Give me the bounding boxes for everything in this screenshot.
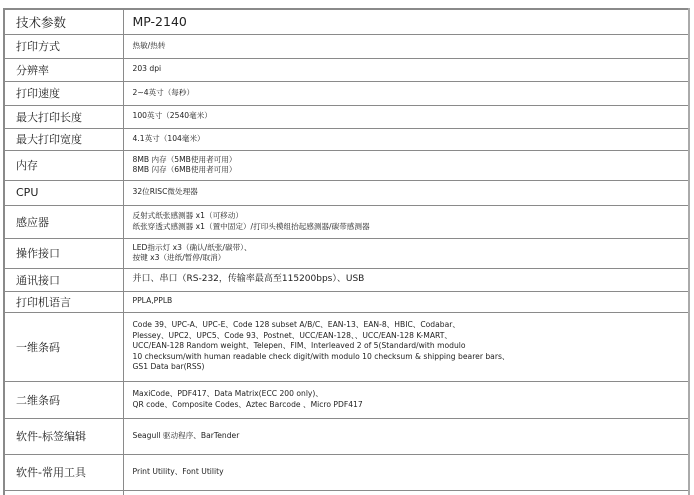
table-row: 软件-标签编辑Seagull 驱动程序、BarTender bbox=[4, 418, 689, 454]
row-value bbox=[123, 490, 689, 495]
row-value: 热敏/热转 bbox=[123, 34, 689, 58]
row-value: 32位RISC微处理器 bbox=[123, 180, 689, 205]
row-value-line: Print Utility、Font Utility bbox=[133, 467, 689, 478]
row-value-line: 热敏/热转 bbox=[133, 41, 689, 52]
spec-table: 技术参数 MP-2140 打印方式热敏/热转分辨率203 dpi打印速度2~4英… bbox=[3, 8, 690, 495]
header-label: 技术参数 bbox=[4, 9, 123, 34]
row-value: 2~4英寸（每秒） bbox=[123, 81, 689, 105]
row-value: Print Utility、Font Utility bbox=[123, 454, 689, 490]
row-value-line: 按键 x3（进纸/暂停/取消） bbox=[133, 253, 689, 264]
row-value-line: 32位RISC微处理器 bbox=[133, 187, 689, 198]
row-value-line: 4.1英寸（104毫米） bbox=[133, 134, 689, 145]
table-row: 操作接口LED指示灯 x3（确认/纸张/碳带）、按键 x3（进纸/暂停/取消） bbox=[4, 238, 689, 268]
row-label: 内存 bbox=[4, 150, 123, 180]
row-value-line: 8MB 内存（5MB使用者可用） bbox=[133, 155, 689, 166]
row-label: 感应器 bbox=[4, 205, 123, 238]
table-row: 分辨率203 dpi bbox=[4, 58, 689, 81]
row-value-line: 8MB 闪存（6MB使用者可用） bbox=[133, 165, 689, 176]
row-label: 打印机语言 bbox=[4, 291, 123, 312]
row-value: 203 dpi bbox=[123, 58, 689, 81]
row-label: 分辨率 bbox=[4, 58, 123, 81]
row-value-line: LED指示灯 x3（确认/纸张/碳带）、 bbox=[133, 243, 689, 254]
table-row: CPU32位RISC微处理器 bbox=[4, 180, 689, 205]
row-value: LED指示灯 x3（确认/纸张/碳带）、按键 x3（进纸/暂停/取消） bbox=[123, 238, 689, 268]
table-row: 一维条码Code 39、UPC-A、UPC-E、Code 128 subset … bbox=[4, 312, 689, 381]
row-label: CPU bbox=[4, 180, 123, 205]
model-name: MP-2140 bbox=[123, 9, 689, 34]
table-row bbox=[4, 490, 689, 495]
row-label: 操作接口 bbox=[4, 238, 123, 268]
row-value: 100英寸（2540毫米） bbox=[123, 105, 689, 128]
table-row: 打印方式热敏/热转 bbox=[4, 34, 689, 58]
row-label bbox=[4, 490, 123, 495]
row-value: Seagull 驱动程序、BarTender bbox=[123, 418, 689, 454]
row-value-line: 反射式纸张感测器 x1（可移动） bbox=[133, 211, 689, 222]
row-label: 软件-标签编辑 bbox=[4, 418, 123, 454]
table-row: 感应器反射式纸张感测器 x1（可移动）纸张穿透式感测器 x1（置中固定）/打印头… bbox=[4, 205, 689, 238]
row-label: 一维条码 bbox=[4, 312, 123, 381]
table-header-row: 技术参数 MP-2140 bbox=[4, 9, 689, 34]
table-row: 打印速度2~4英寸（每秒） bbox=[4, 81, 689, 105]
row-value: 8MB 内存（5MB使用者可用）8MB 闪存（6MB使用者可用） bbox=[123, 150, 689, 180]
row-label: 打印速度 bbox=[4, 81, 123, 105]
table-row: 打印机语言PPLA,PPLB bbox=[4, 291, 689, 312]
row-value-line: QR code、Composite Codes、Aztec Barcode 、M… bbox=[133, 400, 689, 411]
row-value: 并口、串口（RS-232，传输率最高至115200bps）、USB bbox=[123, 268, 689, 291]
row-value-line: 并口、串口（RS-232，传输率最高至115200bps）、USB bbox=[133, 274, 689, 285]
row-value: PPLA,PPLB bbox=[123, 291, 689, 312]
table-row: 最大打印长度100英寸（2540毫米） bbox=[4, 105, 689, 128]
row-value: MaxiCode、PDF417、Data Matrix(ECC 200 only… bbox=[123, 381, 689, 418]
row-value: 4.1英寸（104毫米） bbox=[123, 128, 689, 150]
row-value-line: 纸张穿透式感测器 x1（置中固定）/打印头模组抬起感测器/碳带感测器 bbox=[133, 222, 689, 233]
row-value: 反射式纸张感测器 x1（可移动）纸张穿透式感测器 x1（置中固定）/打印头模组抬… bbox=[123, 205, 689, 238]
row-value-line: UCC/EAN-128 Random weight、Telepen、FIM、In… bbox=[133, 341, 689, 352]
row-value-line: Code 39、UPC-A、UPC-E、Code 128 subset A/B/… bbox=[133, 320, 689, 331]
row-value-line: Plessey、UPC2、UPC5、Code 93、Postnet、UCC/EA… bbox=[133, 331, 689, 342]
table-row: 二维条码MaxiCode、PDF417、Data Matrix(ECC 200 … bbox=[4, 381, 689, 418]
table-row: 通讯接口并口、串口（RS-232，传输率最高至115200bps）、USB bbox=[4, 268, 689, 291]
row-value-line: PPLA,PPLB bbox=[133, 296, 689, 307]
row-value-line: MaxiCode、PDF417、Data Matrix(ECC 200 only… bbox=[133, 389, 689, 400]
row-label: 最大打印宽度 bbox=[4, 128, 123, 150]
row-label: 软件-常用工具 bbox=[4, 454, 123, 490]
table-row: 软件-常用工具Print Utility、Font Utility bbox=[4, 454, 689, 490]
row-value-line: 10 checksum/with human readable check di… bbox=[133, 352, 689, 363]
row-value: Code 39、UPC-A、UPC-E、Code 128 subset A/B/… bbox=[123, 312, 689, 381]
row-label: 通讯接口 bbox=[4, 268, 123, 291]
row-label: 打印方式 bbox=[4, 34, 123, 58]
row-value-line: 203 dpi bbox=[133, 64, 689, 75]
row-value-line: Seagull 驱动程序、BarTender bbox=[133, 431, 689, 442]
table-row: 内存8MB 内存（5MB使用者可用）8MB 闪存（6MB使用者可用） bbox=[4, 150, 689, 180]
row-value-line: GS1 Data bar(RSS) bbox=[133, 362, 689, 373]
row-label: 最大打印长度 bbox=[4, 105, 123, 128]
row-value-line: 100英寸（2540毫米） bbox=[133, 111, 689, 122]
table-row: 最大打印宽度4.1英寸（104毫米） bbox=[4, 128, 689, 150]
row-value-line: 2~4英寸（每秒） bbox=[133, 88, 689, 99]
row-label: 二维条码 bbox=[4, 381, 123, 418]
